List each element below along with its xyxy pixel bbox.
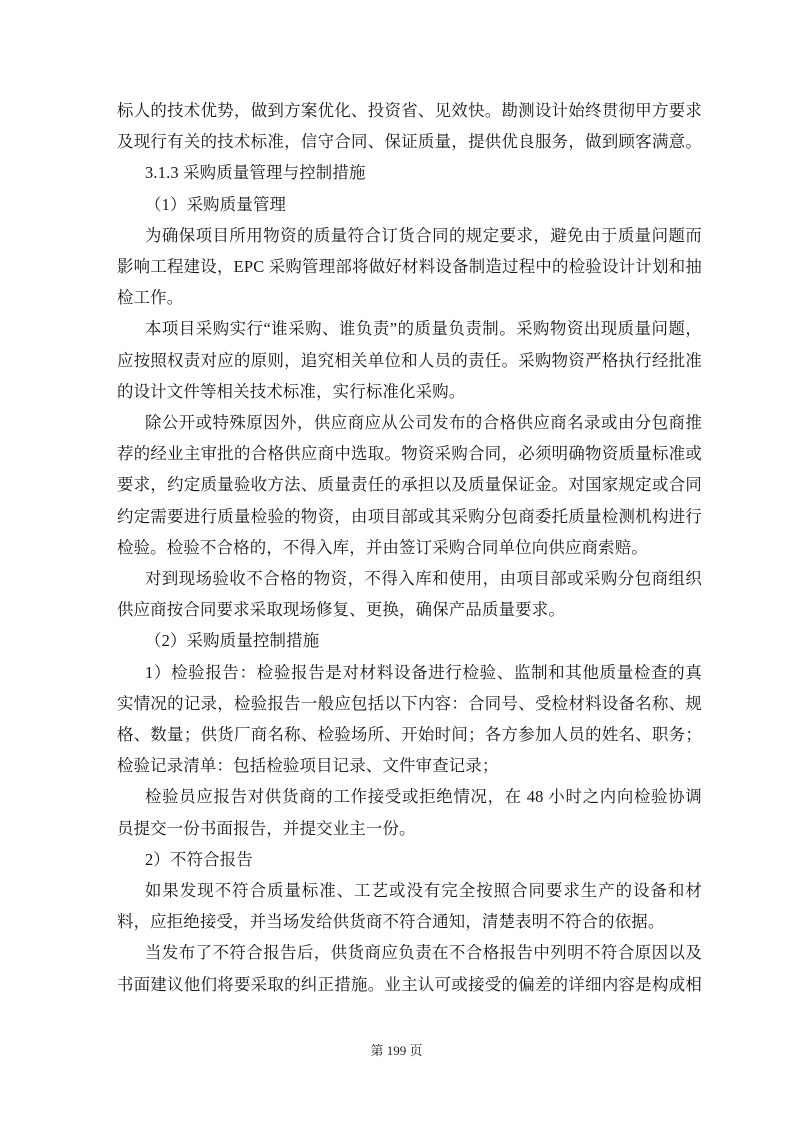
paragraph-line: 书面建议他们将要采取的纠正措施。业主认可或接受的偏差的详细内容是构成相: [117, 969, 702, 1000]
paragraph-line: 本项目采购实行“谁采购、谁负责”的质量负责制。采购物资出现质量问题，: [117, 313, 702, 344]
paragraph-line: 的设计文件等相关技术标准，实行标准化采购。: [117, 376, 702, 407]
document-page: 标人的技术优势，做到方案优化、投资省、见效快。勘测设计始终贯彻甲方要求及现行有关…: [0, 0, 793, 1122]
paragraph-line: 格、数量；供货厂商名称、检验场所、开始时间；各方参加人员的姓名、职务；: [117, 719, 702, 750]
paragraph-line: 为确保项目所用物资的质量符合订货合同的规定要求，避免由于质量问题而: [117, 220, 702, 251]
paragraph-line: 影响工程建设，EPC 采购管理部将做好材料设备制造过程中的检验设计计划和抽: [117, 251, 702, 282]
paragraph-line: 1）检验报告：检验报告是对材料设备进行检验、监制和其他质量检查的真: [117, 657, 702, 688]
paragraph-line: 检验记录清单：包括检验项目记录、文件审查记录；: [117, 750, 702, 781]
page-footer: 第 199 页: [0, 1040, 793, 1062]
paragraph-line: 供应商按合同要求采取现场修复、更换，确保产品质量要求。: [117, 594, 702, 625]
paragraph-line: 检验员应报告对供货商的工作接受或拒绝情况，在 48 小时之内向检验协调: [117, 781, 702, 812]
heading-line: 3.1.3 采购质量管理与控制措施: [117, 157, 702, 188]
paragraph-line: 除公开或特殊原因外，供应商应从公司发布的合格供应商名录或由分包商推: [117, 407, 702, 438]
paragraph-line: 荐的经业主审批的合格供应商中选取。物资采购合同，必须明确物资质量标准或: [117, 438, 702, 469]
paragraph-line: 应按照权责对应的原则，追究相关单位和人员的责任。采购物资严格执行经批准: [117, 345, 702, 376]
heading-line: 2）不符合报告: [117, 844, 702, 875]
paragraph-line: 员提交一份书面报告，并提交业主一份。: [117, 813, 702, 844]
paragraph-line: 及现行有关的技术标准，信守合同、保证质量，提供优良服务，做到顾客满意。: [117, 126, 702, 157]
document-body: 标人的技术优势，做到方案优化、投资省、见效快。勘测设计始终贯彻甲方要求及现行有关…: [117, 95, 702, 1000]
paragraph-line: 约定需要进行质量检验的物资，由项目部或其采购分包商委托质量检测机构进行: [117, 501, 702, 532]
paragraph-line: 实情况的记录，检验报告一般应包括以下内容：合同号、受检材料设备名称、规: [117, 688, 702, 719]
paragraph-line: 对到现场验收不合格的物资，不得入库和使用，由项目部或采购分包商组织: [117, 563, 702, 594]
paragraph-line: 标人的技术优势，做到方案优化、投资省、见效快。勘测设计始终贯彻甲方要求: [117, 95, 702, 126]
paragraph-line: 当发布了不符合报告后，供货商应负责在不合格报告中列明不符合原因以及: [117, 937, 702, 968]
heading-line: （2）采购质量控制措施: [117, 625, 702, 656]
heading-line: （1）采购质量管理: [117, 189, 702, 220]
paragraph-line: 检工作。: [117, 282, 702, 313]
paragraph-line: 检验。检验不合格的，不得入库，并由签订采购合同单位向供应商索赔。: [117, 532, 702, 563]
paragraph-line: 如果发现不符合质量标准、工艺或没有完全按照合同要求生产的设备和材: [117, 875, 702, 906]
paragraph-line: 要求，约定质量验收方法、质量责任的承担以及质量保证金。对国家规定或合同: [117, 469, 702, 500]
paragraph-line: 料，应拒绝接受，并当场发给供货商不符合通知，清楚表明不符合的依据。: [117, 906, 702, 937]
